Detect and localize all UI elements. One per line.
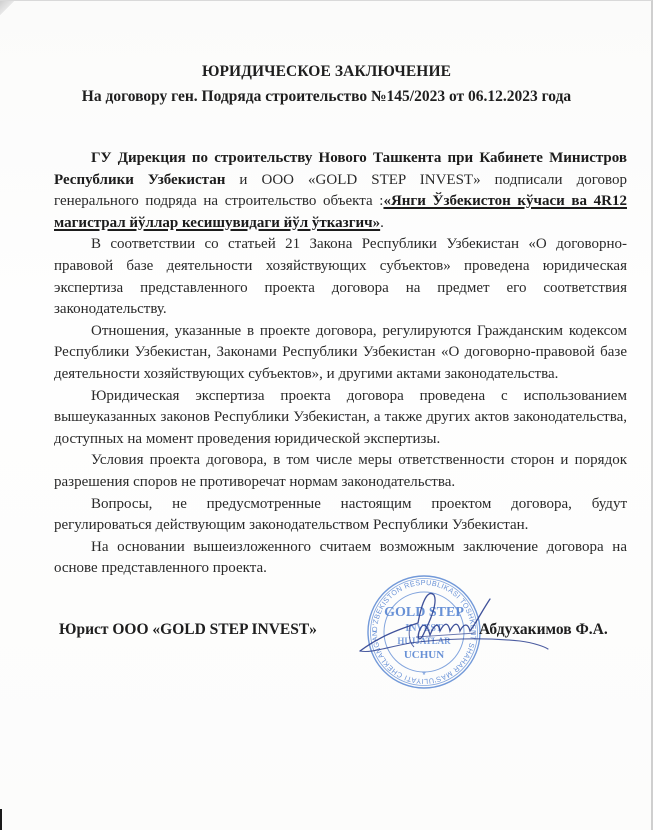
page-corner-shadow [0, 1, 14, 15]
paragraph-conclusion: На основании вышеизложенного считаем воз… [54, 537, 627, 580]
document-subtitle: На договору ген. Подряда строительство №… [0, 88, 653, 106]
signer-name: Абдухакимов Ф.А. [479, 621, 608, 639]
document-title: ЮРИДИЧЕСКОЕ ЗАКЛЮЧЕНИЕ [0, 63, 653, 81]
document-page: ЮРИДИЧЕСКОЕ ЗАКЛЮЧЕНИЕ На договору ген. … [0, 0, 653, 830]
paragraph-conditions: Условия проекта договора, в том числе ме… [54, 450, 627, 493]
signer-position: Юрист ООО «GOLD STEP INVEST» [59, 621, 317, 639]
paragraph-expertise: Юридическая экспертиза проекта договора … [54, 386, 627, 451]
scan-edge-mark [0, 809, 2, 830]
document-body: ГУ Дирекция по строительству Нового Ташк… [54, 148, 627, 580]
paragraph-parties: ГУ Дирекция по строительству Нового Ташк… [54, 148, 627, 234]
paragraph-end: . [380, 215, 384, 231]
paragraph-regulation: Отношения, указанные в проекте договора,… [54, 321, 627, 386]
paragraph-other-questions: Вопросы, не предусмотренные настоящим пр… [54, 494, 627, 537]
paragraph-legal-basis: В соответствии со статьей 21 Закона Респ… [54, 234, 627, 320]
